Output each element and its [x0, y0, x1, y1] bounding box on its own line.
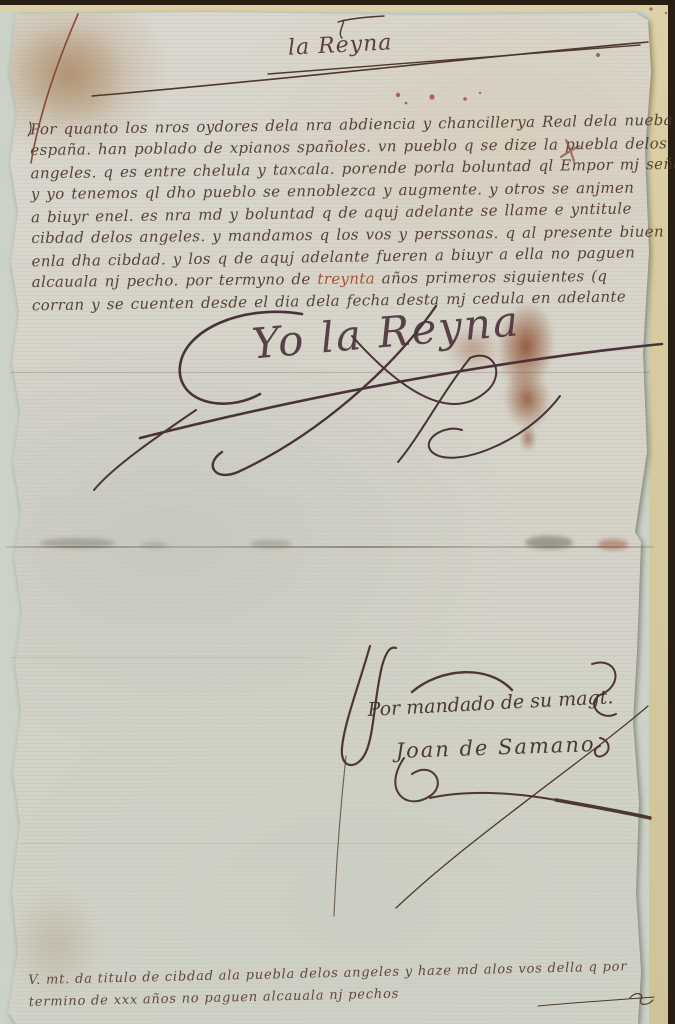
fold-crease-upper [10, 372, 650, 373]
crease-smudge [40, 538, 115, 548]
crease-smudge [140, 542, 168, 548]
body-text: Por quanto los nros oydores dela nra abd… [30, 110, 662, 315]
fold-crease-faint [10, 657, 310, 658]
red-ink-word: treynta [317, 269, 375, 288]
fold-crease-lower [20, 843, 640, 844]
body-line-prefix: alcauala nj pecho. por termyno de [32, 270, 318, 291]
body-line-suffix: años primeros siguientes (q [375, 267, 608, 287]
crease-smudge [250, 540, 292, 548]
crease-smudge [525, 536, 573, 549]
photo-frame: la Reyna Por quanto los nros oydores del… [0, 0, 675, 1024]
crease-smudge-red [598, 539, 628, 550]
